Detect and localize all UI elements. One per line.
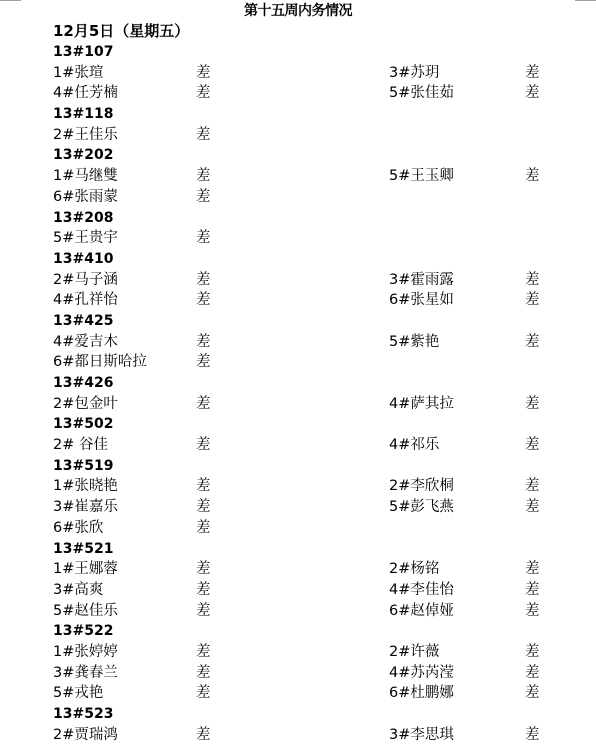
rating-value: 差	[196, 435, 211, 456]
student-row: 1#马继雙差5#王玉卿差	[53, 166, 573, 187]
student-name: 5#王贵宇	[53, 228, 118, 249]
student-row: 2# 谷佳差4#祁乐差	[53, 435, 573, 456]
student-row: 4#爱吉木差5#紫艳差	[53, 332, 573, 353]
student-row: 5#戎艳差6#杜鹏娜差	[53, 683, 573, 704]
student-name: 2#李欣桐	[389, 476, 454, 497]
student-row: 2#贾瑞鸿差3#李思琪差	[53, 725, 573, 746]
rating-value: 差	[525, 559, 540, 580]
student-name: 5#王玉卿	[389, 166, 454, 187]
room-heading: 13#426	[53, 373, 573, 394]
student-name: 2#包金叶	[53, 394, 118, 415]
student-name: 5#紫艳	[389, 332, 439, 353]
student-name: 3#龚春兰	[53, 663, 118, 684]
student-name: 1#王娜蓉	[53, 559, 118, 580]
rating-value: 差	[525, 394, 540, 415]
rating-value: 差	[525, 83, 540, 104]
rating-value: 差	[196, 228, 211, 249]
rating-value: 差	[525, 497, 540, 518]
student-name: 6#张欣	[53, 518, 103, 539]
rating-value: 差	[525, 332, 540, 353]
student-row: 4#任芳楠差5#张佳茹差	[53, 83, 573, 104]
room-heading: 13#107	[53, 42, 573, 63]
student-row: 6#张雨蒙差	[53, 187, 573, 208]
student-row: 6#张欣差	[53, 518, 573, 539]
room-heading: 13#425	[53, 311, 573, 332]
rating-value: 差	[525, 270, 540, 291]
room-heading: 13#118	[53, 104, 573, 125]
student-row: 1#张婷婷差2#许薇差	[53, 642, 573, 663]
student-name: 3#李思琪	[389, 725, 454, 746]
student-name: 6#杜鹏娜	[389, 683, 454, 704]
rating-value: 差	[196, 332, 211, 353]
document-title: 第十五周内务情况	[0, 2, 596, 20]
rating-value: 差	[196, 83, 211, 104]
student-name: 1#张晓艳	[53, 476, 118, 497]
student-name: 5#赵佳乐	[53, 601, 118, 622]
student-row: 2#包金叶差4#萨其拉差	[53, 394, 573, 415]
rating-value: 差	[525, 663, 540, 684]
student-name: 6#张星如	[389, 290, 454, 311]
rating-value: 差	[196, 580, 211, 601]
student-name: 2#杨铭	[389, 559, 439, 580]
student-name: 3#霍雨露	[389, 270, 454, 291]
rating-value: 差	[196, 683, 211, 704]
student-name: 4#孔祥怡	[53, 290, 118, 311]
student-name: 6#都日斯哈拉	[53, 352, 147, 373]
rating-value: 差	[525, 725, 540, 746]
rating-value: 差	[525, 435, 540, 456]
student-name: 3#高爽	[53, 580, 103, 601]
student-row: 3#高爽差4#李佳怡差	[53, 580, 573, 601]
student-name: 4#苏芮滢	[389, 663, 454, 684]
student-name: 2#贾瑞鸿	[53, 725, 118, 746]
student-name: 2#马子涵	[53, 270, 118, 291]
rating-value: 差	[196, 518, 211, 539]
rating-value: 差	[196, 352, 211, 373]
room-heading: 13#410	[53, 249, 573, 270]
date-heading: 12月5日（星期五）	[53, 21, 573, 42]
student-row: 3#崔嘉乐差5#彭飞燕差	[53, 497, 573, 518]
rating-value: 差	[196, 476, 211, 497]
room-heading: 13#202	[53, 145, 573, 166]
rating-value: 差	[525, 580, 540, 601]
rating-value: 差	[196, 642, 211, 663]
rating-value: 差	[196, 497, 211, 518]
student-row: 2#王佳乐差	[53, 125, 573, 146]
student-row: 3#龚春兰差4#苏芮滢差	[53, 663, 573, 684]
room-heading: 13#502	[53, 414, 573, 435]
room-heading: 13#521	[53, 539, 573, 560]
rating-value: 差	[525, 476, 540, 497]
student-name: 4#祁乐	[389, 435, 439, 456]
rating-value: 差	[525, 601, 540, 622]
room-heading: 13#519	[53, 456, 573, 477]
room-heading: 13#523	[53, 704, 573, 725]
student-name: 4#萨其拉	[389, 394, 454, 415]
student-name: 4#爱吉木	[53, 332, 118, 353]
room-heading: 13#208	[53, 208, 573, 229]
student-name: 6#张雨蒙	[53, 187, 118, 208]
student-row: 1#王娜蓉差2#杨铭差	[53, 559, 573, 580]
rating-value: 差	[196, 663, 211, 684]
student-row: 5#赵佳乐差6#赵倬娅差	[53, 601, 573, 622]
student-name: 3#崔嘉乐	[53, 497, 118, 518]
student-name: 5#彭飞燕	[389, 497, 454, 518]
student-name: 2# 谷佳	[53, 435, 108, 456]
student-name: 5#戎艳	[53, 683, 103, 704]
rating-value: 差	[196, 559, 211, 580]
rating-value: 差	[525, 642, 540, 663]
student-name: 4#李佳怡	[389, 580, 454, 601]
student-row: 2#马子涵差3#霍雨露差	[53, 270, 573, 291]
rating-value: 差	[196, 725, 211, 746]
rating-value: 差	[525, 166, 540, 187]
student-name: 5#张佳茹	[389, 83, 454, 104]
room-heading: 13#522	[53, 621, 573, 642]
page-corner-mark-left	[0, 0, 21, 1]
student-row: 5#王贵宇差	[53, 228, 573, 249]
rating-value: 差	[196, 601, 211, 622]
student-name: 2#许薇	[389, 642, 439, 663]
rating-value: 差	[196, 394, 211, 415]
rating-value: 差	[196, 63, 211, 84]
rating-value: 差	[525, 683, 540, 704]
rating-value: 差	[196, 290, 211, 311]
page-corner-mark-right	[575, 0, 596, 1]
student-name: 4#任芳楠	[53, 83, 118, 104]
document-body: 12月5日（星期五） 13#1071#张瑄差3#苏玥差4#任芳楠差5#张佳茹差1…	[53, 21, 573, 745]
rating-value: 差	[196, 187, 211, 208]
rating-value: 差	[196, 270, 211, 291]
student-name: 6#赵倬娅	[389, 601, 454, 622]
student-name: 2#王佳乐	[53, 125, 118, 146]
rating-value: 差	[525, 63, 540, 84]
student-name: 1#张婷婷	[53, 642, 118, 663]
student-name: 1#张瑄	[53, 63, 103, 84]
student-row: 6#都日斯哈拉差	[53, 352, 573, 373]
student-row: 1#张晓艳差2#李欣桐差	[53, 476, 573, 497]
student-row: 4#孔祥怡差6#张星如差	[53, 290, 573, 311]
rating-value: 差	[196, 166, 211, 187]
student-row: 1#张瑄差3#苏玥差	[53, 63, 573, 84]
rating-value: 差	[196, 125, 211, 146]
rating-value: 差	[525, 290, 540, 311]
student-name: 1#马继雙	[53, 166, 118, 187]
student-name: 3#苏玥	[389, 63, 439, 84]
